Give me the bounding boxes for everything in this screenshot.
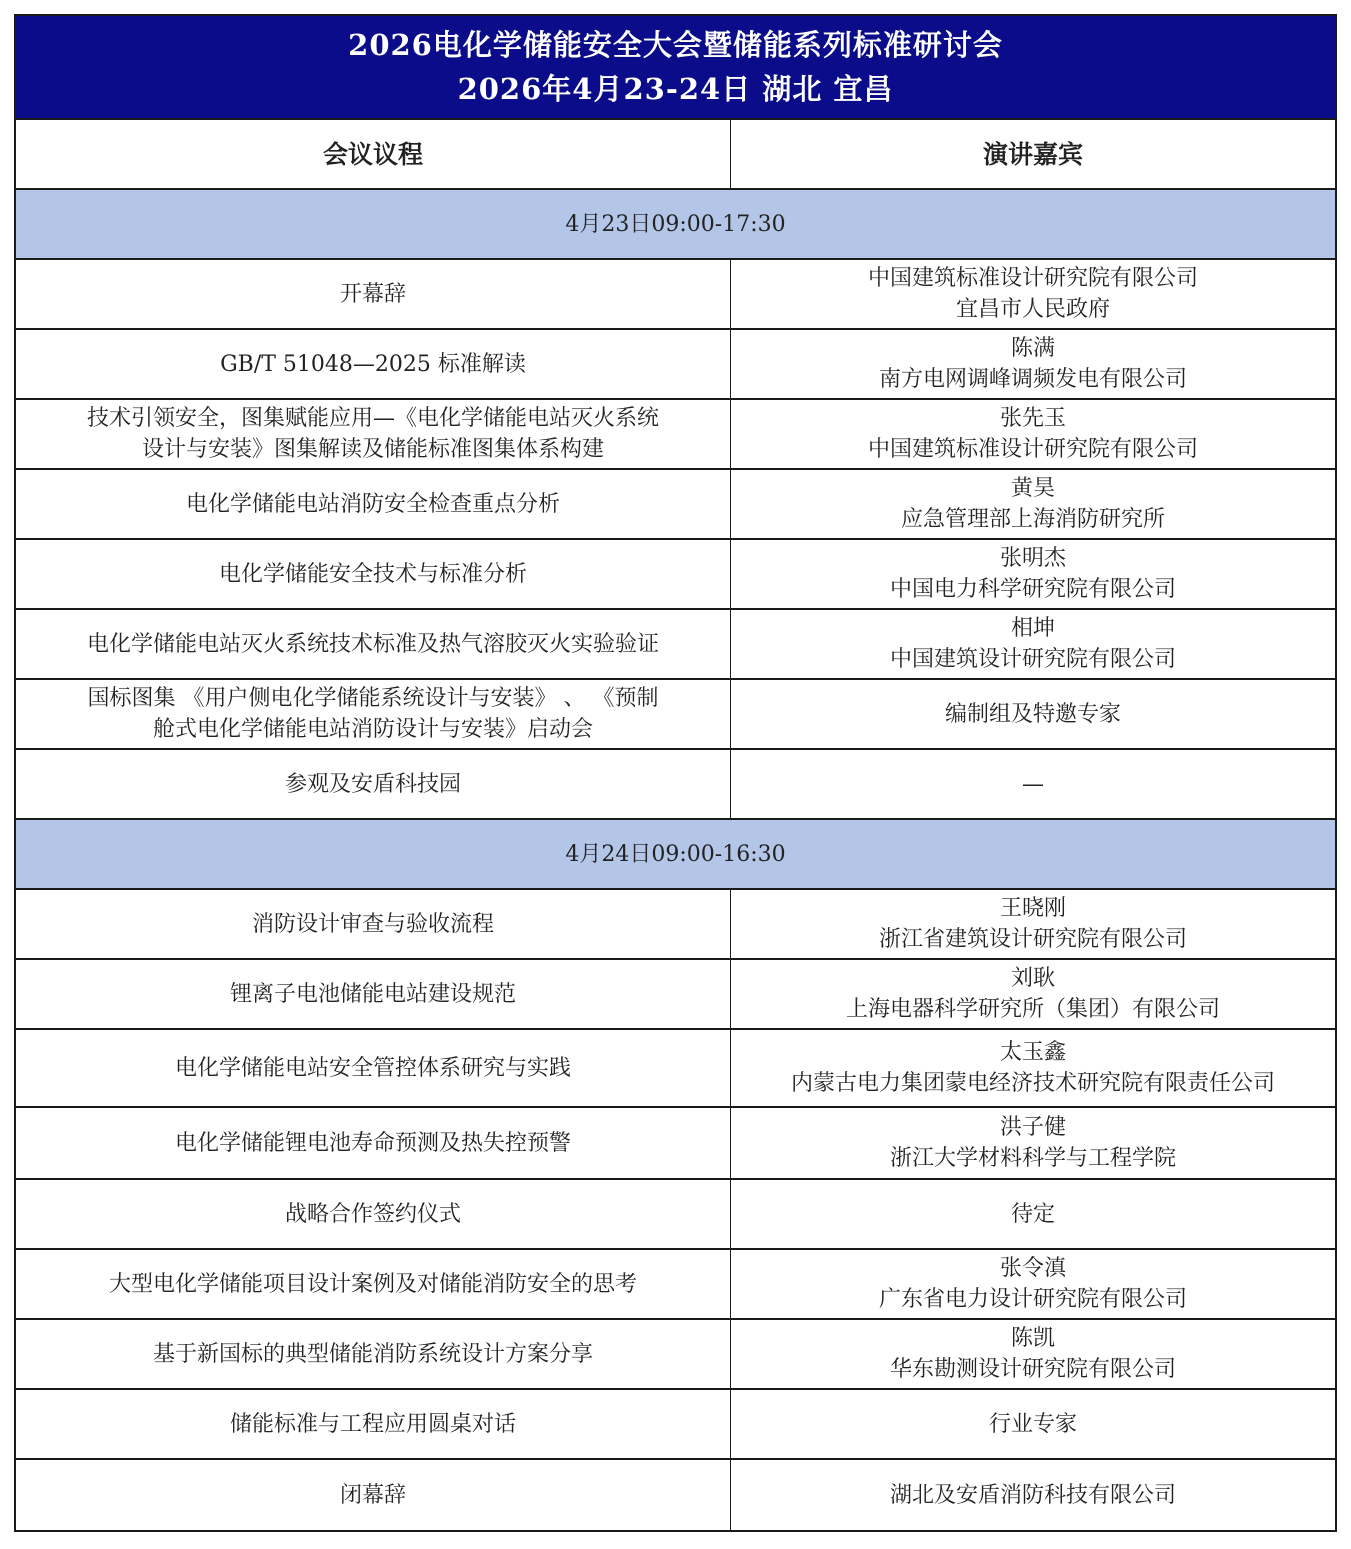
agenda-cell: 电化学储能电站灭火系统技术标准及热气溶胶灭火实验验证 [16, 610, 731, 678]
agenda-cell: 储能标准与工程应用圆桌对话 [16, 1390, 731, 1458]
speaker-name: 王晓刚 [1000, 893, 1066, 924]
speaker-name: 陈满 [1011, 333, 1055, 364]
speaker-org: 广东省电力设计研究院有限公司 [879, 1284, 1187, 1315]
agenda-cell: 电化学储能安全技术与标准分析 [16, 540, 731, 608]
day-time-label: 4月24日09:00-16:30 [559, 839, 791, 870]
speaker-cell: 黄昊应急管理部上海消防研究所 [731, 470, 1335, 538]
agenda-text: GB/T 51048—2025 标准解读 [220, 349, 526, 380]
agenda-text: 国标图集 《用户侧电化学储能系统设计与安装》 、 《预制 [88, 683, 659, 714]
speaker-cell: 张令滇广东省电力设计研究院有限公司 [731, 1250, 1335, 1318]
agenda-text: 消防设计审查与验收流程 [252, 909, 494, 940]
speaker-name: 张明杰 [1000, 543, 1066, 574]
table-row: 电化学储能安全技术与标准分析张明杰中国电力科学研究院有限公司 [16, 540, 1335, 610]
speaker-cell: 张先玉中国建筑标准设计研究院有限公司 [731, 400, 1335, 468]
agenda-cell: 国标图集 《用户侧电化学储能系统设计与安装》 、 《预制舱式电化学储能电站消防设… [16, 680, 731, 748]
day-header-row: 4月24日09:00-16:30 [16, 820, 1335, 890]
table-row: 消防设计审查与验收流程王晓刚浙江省建筑设计研究院有限公司 [16, 890, 1335, 960]
speaker-cell: 张明杰中国电力科学研究院有限公司 [731, 540, 1335, 608]
agenda-cell: 参观及安盾科技园 [16, 750, 731, 818]
agenda-text: 电化学储能电站消防安全检查重点分析 [186, 489, 560, 520]
conference-title: 2026电化学储能安全大会暨储能系列标准研讨会 2026年4月23-24日 湖北… [16, 16, 1335, 120]
column-header-speaker: 演讲嘉宾 [731, 120, 1335, 188]
table-row: 大型电化学储能项目设计案例及对储能消防安全的思考张令滇广东省电力设计研究院有限公… [16, 1250, 1335, 1320]
agenda-cell: GB/T 51048—2025 标准解读 [16, 330, 731, 398]
speaker-org: 应急管理部上海消防研究所 [901, 504, 1165, 535]
speaker-org: 中国电力科学研究院有限公司 [890, 574, 1176, 605]
table-row: GB/T 51048—2025 标准解读陈满南方电网调峰调频发电有限公司 [16, 330, 1335, 400]
column-header-agenda: 会议议程 [16, 120, 731, 188]
speaker-name: 刘耿 [1011, 963, 1055, 994]
table-row: 电化学储能电站安全管控体系研究与实践太玉鑫内蒙古电力集团蒙电经济技术研究院有限责… [16, 1030, 1335, 1108]
table-row: 国标图集 《用户侧电化学储能系统设计与安装》 、 《预制舱式电化学储能电站消防设… [16, 680, 1335, 750]
speaker-org: 上海电器科学研究所（集团）有限公司 [846, 994, 1220, 1025]
agenda-text: 闭幕辞 [340, 1480, 406, 1511]
speaker-cell: 王晓刚浙江省建筑设计研究院有限公司 [731, 890, 1335, 958]
agenda-text: 开幕辞 [340, 279, 406, 310]
agenda-text: 储能标准与工程应用圆桌对话 [230, 1409, 516, 1440]
table-row: 参观及安盾科技园— [16, 750, 1335, 820]
agenda-text: 锂离子电池储能电站建设规范 [230, 979, 516, 1010]
agenda-text: 设计与安装》图集解读及储能标准图集体系构建 [142, 434, 604, 465]
agenda-cell: 开幕辞 [16, 260, 731, 328]
speaker-cell: — [731, 750, 1335, 818]
speaker-cell: 湖北及安盾消防科技有限公司 [731, 1460, 1335, 1530]
table-row: 储能标准与工程应用圆桌对话行业专家 [16, 1390, 1335, 1460]
agenda-cell: 基于新国标的典型储能消防系统设计方案分享 [16, 1320, 731, 1388]
agenda-cell: 消防设计审查与验收流程 [16, 890, 731, 958]
table-row: 锂离子电池储能电站建设规范刘耿上海电器科学研究所（集团）有限公司 [16, 960, 1335, 1030]
agenda-text: 电化学储能安全技术与标准分析 [219, 559, 527, 590]
speaker-name: 太玉鑫 [1000, 1037, 1066, 1068]
speaker-org: 浙江省建筑设计研究院有限公司 [879, 924, 1187, 955]
conference-date-location: 2026年4月23-24日 湖北 宜昌 [458, 67, 894, 111]
speaker-name: 张令滇 [1000, 1253, 1066, 1284]
table-row: 电化学储能电站灭火系统技术标准及热气溶胶灭火实验验证相坤中国建筑设计研究院有限公… [16, 610, 1335, 680]
speaker-cell: 中国建筑标准设计研究院有限公司宜昌市人民政府 [731, 260, 1335, 328]
agenda-cell: 电化学储能电站消防安全检查重点分析 [16, 470, 731, 538]
speaker-org: 宜昌市人民政府 [956, 294, 1110, 325]
agenda-text: 电化学储能电站安全管控体系研究与实践 [175, 1053, 571, 1084]
speaker-org: 中国建筑设计研究院有限公司 [890, 644, 1176, 675]
speaker-name: 黄昊 [1011, 473, 1055, 504]
speaker-cell: 相坤中国建筑设计研究院有限公司 [731, 610, 1335, 678]
table-row: 基于新国标的典型储能消防系统设计方案分享陈凯华东勘测设计研究院有限公司 [16, 1320, 1335, 1390]
agenda-cell: 战略合作签约仪式 [16, 1180, 731, 1248]
agenda-cell: 电化学储能电站安全管控体系研究与实践 [16, 1030, 731, 1106]
speaker-cell: 陈满南方电网调峰调频发电有限公司 [731, 330, 1335, 398]
agenda-cell: 电化学储能锂电池寿命预测及热失控预警 [16, 1108, 731, 1178]
day-header-row: 4月23日09:00-17:30 [16, 190, 1335, 260]
agenda-text: 电化学储能电站灭火系统技术标准及热气溶胶灭火实验验证 [87, 629, 659, 660]
speaker-org: 浙江大学材料科学与工程学院 [890, 1143, 1176, 1174]
agenda-cell: 技术引领安全，图集赋能应用—《电化学储能电站灭火系统设计与安装》图集解读及储能标… [16, 400, 731, 468]
agenda-text: 基于新国标的典型储能消防系统设计方案分享 [153, 1339, 593, 1370]
speaker-cell: 太玉鑫内蒙古电力集团蒙电经济技术研究院有限责任公司 [731, 1030, 1335, 1106]
speaker-name: 相坤 [1011, 613, 1055, 644]
agenda-cell: 锂离子电池储能电站建设规范 [16, 960, 731, 1028]
speaker-name: 张先玉 [1000, 403, 1066, 434]
agenda-text: 电化学储能锂电池寿命预测及热失控预警 [175, 1128, 571, 1159]
agenda-text: 战略合作签约仪式 [285, 1199, 461, 1230]
agenda-body: 4月23日09:00-17:30开幕辞中国建筑标准设计研究院有限公司宜昌市人民政… [16, 190, 1335, 1530]
table-row: 闭幕辞湖北及安盾消防科技有限公司 [16, 1460, 1335, 1530]
agenda-text: 大型电化学储能项目设计案例及对储能消防安全的思考 [109, 1269, 637, 1300]
speaker-org: 中国建筑标准设计研究院有限公司 [868, 434, 1198, 465]
conference-title-line1: 2026电化学储能安全大会暨储能系列标准研讨会 [348, 23, 1003, 67]
table-row: 开幕辞中国建筑标准设计研究院有限公司宜昌市人民政府 [16, 260, 1335, 330]
agenda-text: 参观及安盾科技园 [285, 769, 461, 800]
speaker-cell: 行业专家 [731, 1390, 1335, 1458]
day-time-label: 4月23日09:00-17:30 [559, 209, 791, 240]
table-row: 技术引领安全，图集赋能应用—《电化学储能电站灭火系统设计与安装》图集解读及储能标… [16, 400, 1335, 470]
speaker-cell: 洪子健浙江大学材料科学与工程学院 [731, 1108, 1335, 1178]
speaker-org: — [1022, 769, 1044, 800]
speaker-org: 华东勘测设计研究院有限公司 [890, 1354, 1176, 1385]
speaker-name: 洪子健 [1000, 1112, 1066, 1143]
column-header-row: 会议议程 演讲嘉宾 [16, 120, 1335, 190]
agenda-table: 2026电化学储能安全大会暨储能系列标准研讨会 2026年4月23-24日 湖北… [14, 14, 1337, 1532]
speaker-org: 湖北及安盾消防科技有限公司 [890, 1480, 1176, 1511]
agenda-cell: 闭幕辞 [16, 1460, 731, 1530]
speaker-cell: 刘耿上海电器科学研究所（集团）有限公司 [731, 960, 1335, 1028]
speaker-name: 陈凯 [1011, 1323, 1055, 1354]
speaker-org: 内蒙古电力集团蒙电经济技术研究院有限责任公司 [791, 1068, 1275, 1099]
speaker-cell: 编制组及特邀专家 [731, 680, 1335, 748]
agenda-cell: 大型电化学储能项目设计案例及对储能消防安全的思考 [16, 1250, 731, 1318]
speaker-cell: 待定 [731, 1180, 1335, 1248]
table-row: 电化学储能电站消防安全检查重点分析黄昊应急管理部上海消防研究所 [16, 470, 1335, 540]
speaker-org: 行业专家 [989, 1409, 1077, 1440]
speaker-org: 待定 [1011, 1199, 1055, 1230]
agenda-text: 技术引领安全，图集赋能应用—《电化学储能电站灭火系统 [87, 403, 659, 434]
table-row: 电化学储能锂电池寿命预测及热失控预警洪子健浙江大学材料科学与工程学院 [16, 1108, 1335, 1180]
speaker-org: 南方电网调峰调频发电有限公司 [879, 364, 1187, 395]
agenda-text: 舱式电化学储能电站消防设计与安装》启动会 [153, 714, 593, 745]
speaker-name: 中国建筑标准设计研究院有限公司 [868, 263, 1198, 294]
speaker-cell: 陈凯华东勘测设计研究院有限公司 [731, 1320, 1335, 1388]
table-row: 战略合作签约仪式待定 [16, 1180, 1335, 1250]
speaker-org: 编制组及特邀专家 [945, 699, 1121, 730]
